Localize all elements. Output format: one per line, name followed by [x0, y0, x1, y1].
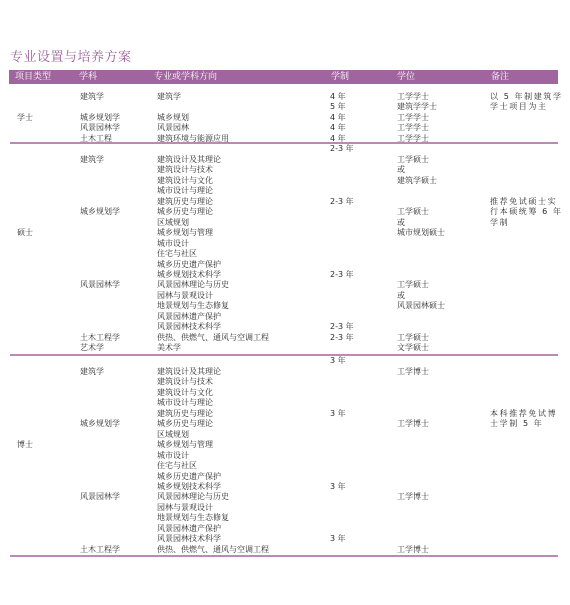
direction-cell: 风景园林理论与历史 — [157, 492, 229, 502]
direction-cell: 建筑设计及其理论 — [157, 367, 221, 377]
direction-cell: 风景园林技术科学 — [157, 322, 221, 332]
degree-cell: 工学学士 — [397, 92, 429, 102]
direction-cell: 风景园林遗产保护 — [157, 524, 221, 534]
direction-cell: 城乡历史遗产保护 — [157, 472, 221, 482]
direction-cell: 供热、供燃气、通风与空调工程 — [157, 545, 269, 555]
subject-cell: 土木工程学 — [80, 545, 120, 555]
duration-cell: 5 年 — [330, 102, 346, 112]
note-cell: 以 5 年制建筑学 — [490, 92, 563, 102]
subject-cell: 艺术学 — [80, 343, 104, 353]
project-type-cell: 博士 — [17, 440, 33, 450]
header-direction: 专业或学科方向 — [154, 71, 217, 83]
direction-cell: 建筑学 — [157, 92, 181, 102]
duration-cell: 2-3 年 — [330, 322, 354, 332]
direction-cell: 园林与景观设计 — [157, 503, 213, 513]
duration-cell: 3 年 — [330, 356, 346, 366]
subject-cell: 城乡规划学 — [80, 419, 120, 429]
note-cell: 行本硕统筹 6 年 — [490, 207, 563, 217]
direction-cell: 城市设计与理论 — [157, 186, 213, 196]
direction-cell: 城乡历史与理论 — [157, 207, 213, 217]
header-subject: 学科 — [79, 71, 97, 83]
direction-cell: 供热、供燃气、通风与空调工程 — [157, 333, 269, 343]
note-cell: 学士项目为主 — [490, 102, 548, 112]
header-degree: 学位 — [397, 71, 415, 83]
section-divider — [10, 142, 558, 144]
subject-cell: 城乡规划学 — [80, 113, 120, 123]
degree-cell: 工学硕士 — [397, 207, 429, 217]
project-type-cell: 学士 — [17, 113, 33, 123]
direction-cell: 风景园林技术科学 — [157, 534, 221, 544]
direction-cell: 建筑设计与技术 — [157, 377, 213, 387]
subject-cell: 建筑学 — [80, 92, 104, 102]
project-type-cell: 硕士 — [17, 228, 33, 238]
direction-cell: 风景园林遗产保护 — [157, 312, 221, 322]
degree-cell: 风景园林硕士 — [397, 301, 445, 311]
direction-cell: 建筑设计与文化 — [157, 176, 213, 186]
degree-cell: 工学博士 — [397, 492, 429, 502]
subject-cell: 风景园林学 — [80, 492, 120, 502]
duration-cell: 2-3 年 — [330, 144, 354, 154]
degree-cell: 工学硕士 — [397, 155, 429, 165]
direction-cell: 住宅与社区 — [157, 461, 197, 471]
direction-cell: 城市设计与理论 — [157, 398, 213, 408]
header-notes: 备注 — [491, 71, 509, 83]
header-duration: 学制 — [331, 71, 349, 83]
direction-cell: 住宅与社区 — [157, 249, 197, 259]
subject-cell: 建筑学 — [80, 367, 104, 377]
direction-cell: 风景园林理论与历史 — [157, 280, 229, 290]
direction-cell: 建筑设计与文化 — [157, 388, 213, 398]
note-cell: 士学制 5 年 — [490, 419, 543, 429]
subject-cell: 风景园林学 — [80, 280, 120, 290]
direction-cell: 建筑历史与理论 — [157, 197, 213, 207]
subject-cell: 城乡规划学 — [80, 207, 120, 217]
page-title: 专业设置与培养方案 — [10, 46, 132, 65]
duration-cell: 2-3 年 — [330, 197, 354, 207]
degree-cell: 文学硕士 — [397, 343, 429, 353]
section-divider — [10, 354, 558, 356]
direction-cell: 风景园林 — [157, 123, 189, 133]
header-project-type: 项目类型 — [15, 71, 51, 83]
direction-cell: 城乡历史遗产保护 — [157, 260, 221, 270]
direction-cell: 城乡规划与管理 — [157, 440, 213, 450]
degree-cell: 或 — [397, 291, 405, 301]
note-cell: 推荐免试硕士实 — [490, 197, 557, 207]
direction-cell: 城乡规划技术科学 — [157, 482, 221, 492]
subject-cell: 风景园林学 — [80, 123, 120, 133]
duration-cell: 4 年 — [330, 123, 346, 133]
direction-cell: 地景规划与生态修复 — [157, 513, 229, 523]
degree-cell: 工学博士 — [397, 419, 429, 429]
note-cell: 学制 — [490, 218, 509, 228]
degree-cell: 城市规划硕士 — [397, 228, 445, 238]
degree-cell: 工学硕士 — [397, 280, 429, 290]
duration-cell: 4 年 — [330, 92, 346, 102]
direction-cell: 建筑历史与理论 — [157, 409, 213, 419]
direction-cell: 城乡历史与理论 — [157, 419, 213, 429]
direction-cell: 建筑设计及其理论 — [157, 155, 221, 165]
subject-cell: 土木工程学 — [80, 333, 120, 343]
duration-cell: 3 年 — [330, 534, 346, 544]
direction-cell: 地景规划与生态修复 — [157, 301, 229, 311]
degree-cell: 工学博士 — [397, 367, 429, 377]
direction-cell: 区域规划 — [157, 430, 189, 440]
direction-cell: 美术学 — [157, 343, 181, 353]
direction-cell: 城乡规划与管理 — [157, 228, 213, 238]
duration-cell: 2-3 年 — [330, 270, 354, 280]
duration-cell: 3 年 — [330, 482, 346, 492]
direction-cell: 城乡规划 — [157, 113, 189, 123]
direction-cell: 城市设计 — [157, 239, 189, 249]
degree-cell: 建筑学学士 — [397, 102, 437, 112]
duration-cell: 3 年 — [330, 409, 346, 419]
degree-cell: 工学博士 — [397, 545, 429, 555]
direction-cell: 建筑设计与技术 — [157, 165, 213, 175]
degree-cell: 建筑学硕士 — [397, 176, 437, 186]
note-cell: 本科推荐免试博 — [490, 409, 557, 419]
degree-cell: 或 — [397, 218, 405, 228]
direction-cell: 区域规划 — [157, 218, 189, 228]
degree-cell: 或 — [397, 165, 405, 175]
table-header: 项目类型 学科 专业或学科方向 学制 学位 备注 — [9, 70, 558, 84]
direction-cell: 园林与景观设计 — [157, 291, 213, 301]
degree-cell: 工学硕士 — [397, 333, 429, 343]
subject-cell: 建筑学 — [80, 155, 104, 165]
direction-cell: 城乡规划技术科学 — [157, 270, 221, 280]
degree-cell: 工学学士 — [397, 113, 429, 123]
duration-cell: 2-3 年 — [330, 333, 354, 343]
direction-cell: 城市设计 — [157, 451, 189, 461]
section-divider — [10, 555, 558, 557]
degree-cell: 工学学士 — [397, 123, 429, 133]
duration-cell: 4 年 — [330, 113, 346, 123]
